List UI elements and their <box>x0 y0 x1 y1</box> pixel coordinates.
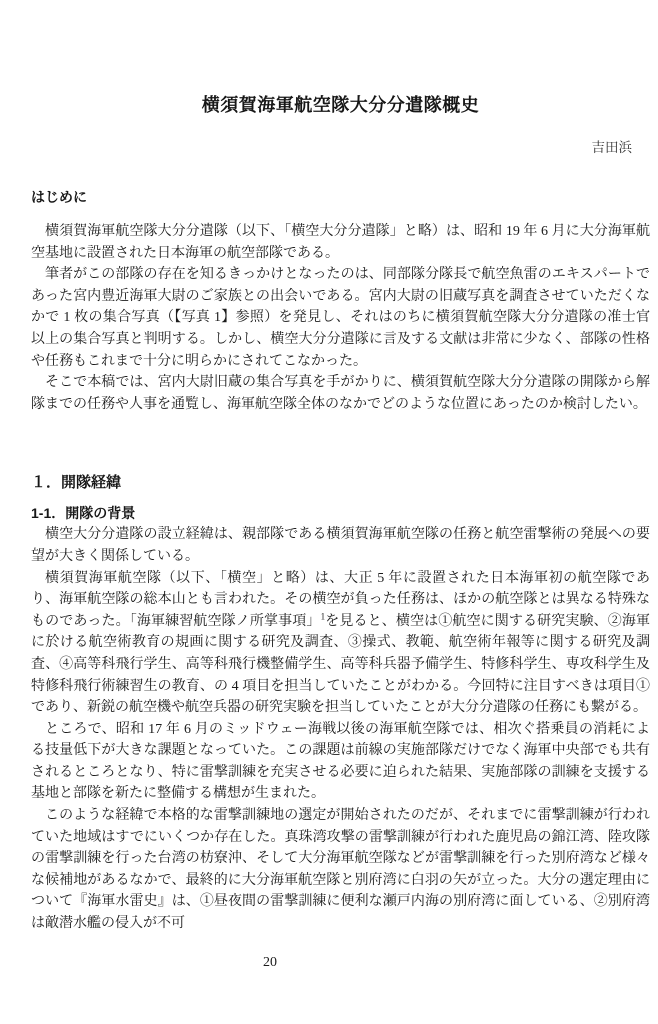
page-number: 20 <box>0 956 540 970</box>
sub1-paragraph-1: 横空大分分遣隊の設立経緯は、親部隊である横須賀海軍航空隊の任務と航空雷撃術の発展… <box>31 524 650 567</box>
section1-heading: １．開隊経緯 <box>31 475 650 490</box>
sub1-paragraph-4: このような経緯で本格的な雷撃訓練地の選定が開始されたのだが、それまでに雷撃訓練が… <box>31 805 650 935</box>
subsection1-1-heading: 1-1．開隊の背景 <box>31 506 650 520</box>
document-title: 横須賀海軍航空隊大分分遣隊概史 <box>31 96 650 114</box>
intro-heading: はじめに <box>31 190 650 204</box>
intro-paragraph-1: 横須賀海軍航空隊大分分遣隊（以下、「横空大分分遣隊」と略）は、昭和 19 年 6… <box>31 221 650 264</box>
sub1-paragraph-3: ところで、昭和 17 年 6 月のミッドウェー海戦以後の海軍航空隊では、相次ぐ搭… <box>31 719 650 805</box>
intro-paragraph-3: そこで本稿では、宮内大尉旧蔵の集合写真を手がかりに、横須賀航空隊大分分遣隊の開隊… <box>31 372 650 415</box>
author-name: 吉田浜 <box>31 141 650 155</box>
sub1-paragraph-2: 横須賀海軍航空隊（以下、「横空」と略）は、大正 5 年に設置された日本海軍初の航… <box>31 568 650 719</box>
intro-paragraph-2: 筆者がこの部隊の存在を知るきっかけとなったのは、同部隊分隊長で航空魚雷のエキスパ… <box>31 264 650 372</box>
document-page: 横須賀海軍航空隊大分分遣隊概史 吉田浜 はじめに 横須賀海軍航空隊大分分遣隊（以… <box>0 0 658 1024</box>
